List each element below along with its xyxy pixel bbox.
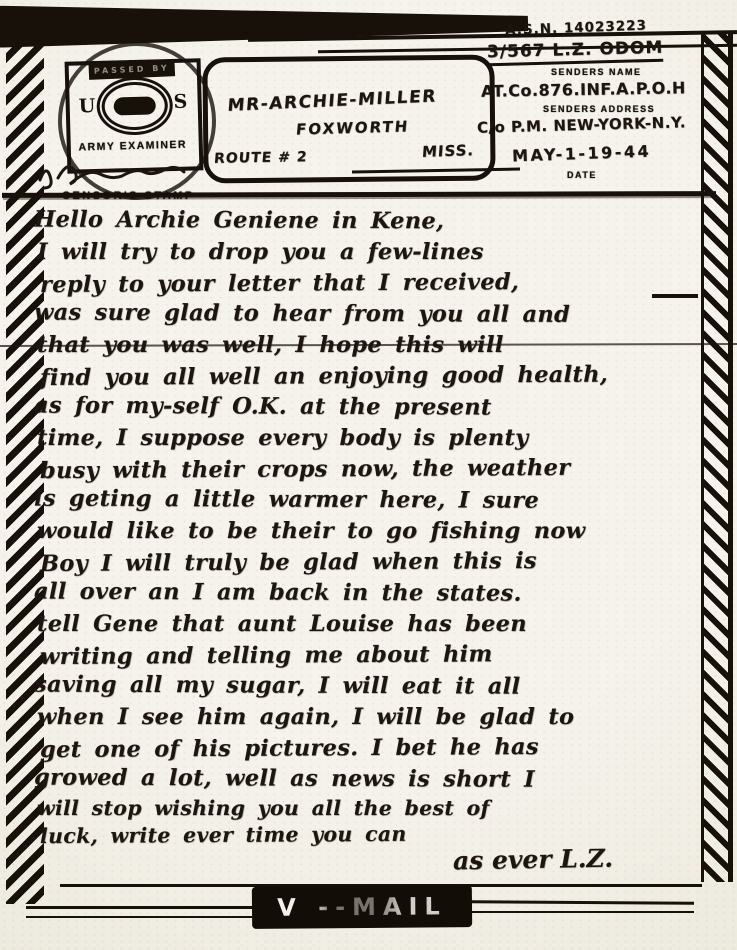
handwritten-line: find you all well an enjoying good healt… bbox=[40, 359, 710, 394]
sender-unit: AT.Co.876.INF.A.P.O.H bbox=[481, 78, 686, 101]
censor-letter-s: S bbox=[173, 91, 187, 113]
handwritten-line: time, I suppose every body is plenty bbox=[37, 423, 710, 454]
handwritten-line: is geting a little warmer here, I sure bbox=[34, 484, 710, 518]
vmail-right-line bbox=[470, 911, 694, 913]
senders-address-label: SENDERS ADDRESS bbox=[543, 104, 655, 114]
handwritten-line: would like to be their to go fishing now bbox=[37, 516, 710, 547]
censor-stamp: PASSED BY U S ARMY EXAMINER CENSOR'S STA… bbox=[56, 50, 216, 198]
censor-letter-u: U bbox=[78, 95, 95, 117]
letter-signature: as ever L.Z. bbox=[453, 844, 613, 876]
handwritten-line: tell Gene that aunt Louise has been bbox=[37, 609, 710, 640]
vmail-right-line bbox=[470, 900, 694, 905]
censor-signature-scrawl bbox=[34, 146, 214, 192]
handwritten-line: as for my-self O.K. at the present bbox=[34, 391, 710, 425]
vmail-left-line bbox=[26, 906, 252, 909]
date-label: DATE bbox=[567, 170, 597, 180]
vmail-logo: V --MAIL bbox=[252, 885, 472, 929]
censor-stamp-caption: CENSOR'S STAMP bbox=[62, 190, 195, 202]
senders-name-label: SENDERS NAME bbox=[551, 67, 642, 77]
censor-number-oval bbox=[101, 81, 168, 131]
handwritten-line: was sure glad to hear from you all and bbox=[34, 298, 710, 332]
letter-body: Hello Archie Geniene in Kene, I will try… bbox=[34, 206, 710, 847]
handwritten-line: I will try to drop you a few-lines bbox=[37, 237, 710, 268]
handwritten-line: growed a lot, well as news is short I bbox=[34, 763, 710, 797]
handwritten-line: that you was well, I hope this will bbox=[37, 330, 710, 361]
handwritten-line: will stop wishing you all the best of bbox=[37, 795, 710, 821]
handwritten-line: all over an I am back in the states. bbox=[34, 577, 710, 611]
handwritten-line: reply to your letter that I received, bbox=[40, 266, 710, 301]
vmail-letter-scan: PASSED BY U S ARMY EXAMINER CENSOR'S STA… bbox=[0, 0, 737, 950]
handwritten-line: get one of his pictures. I bet he has bbox=[40, 731, 710, 766]
handwritten-line: writing and telling me about him bbox=[40, 638, 710, 673]
handwritten-line: when I see him again, I will be glad to bbox=[37, 702, 710, 733]
recipient-state: MISS. bbox=[421, 141, 475, 161]
censor-number-blob bbox=[114, 96, 156, 115]
handwritten-line: Boy I will truly be glad when this is bbox=[40, 545, 710, 580]
recipient-route: ROUTE # 2 bbox=[213, 149, 308, 167]
sender-postmaster-address: C/o P.M. NEW-YORK-N.Y. bbox=[477, 113, 686, 136]
recipient-name: MR-ARCHIE-MILLER bbox=[227, 86, 438, 115]
letter-date: MAY-1-19-44 bbox=[512, 142, 652, 166]
vmail-left-line bbox=[26, 916, 252, 918]
sender-name: 3/567 L.Z. ODOM bbox=[487, 38, 664, 67]
vmail-logo-text: V --MAIL bbox=[277, 892, 447, 921]
recipient-city: FOXWORTH bbox=[295, 117, 410, 138]
handwritten-line: Hello Archie Geniene in Kene, bbox=[34, 205, 710, 239]
handwritten-line: saving all my sugar, I will eat it all bbox=[34, 670, 710, 704]
passed-by-label: PASSED BY bbox=[88, 59, 175, 80]
handwritten-line: busy with their crops now, the weather bbox=[40, 452, 710, 487]
